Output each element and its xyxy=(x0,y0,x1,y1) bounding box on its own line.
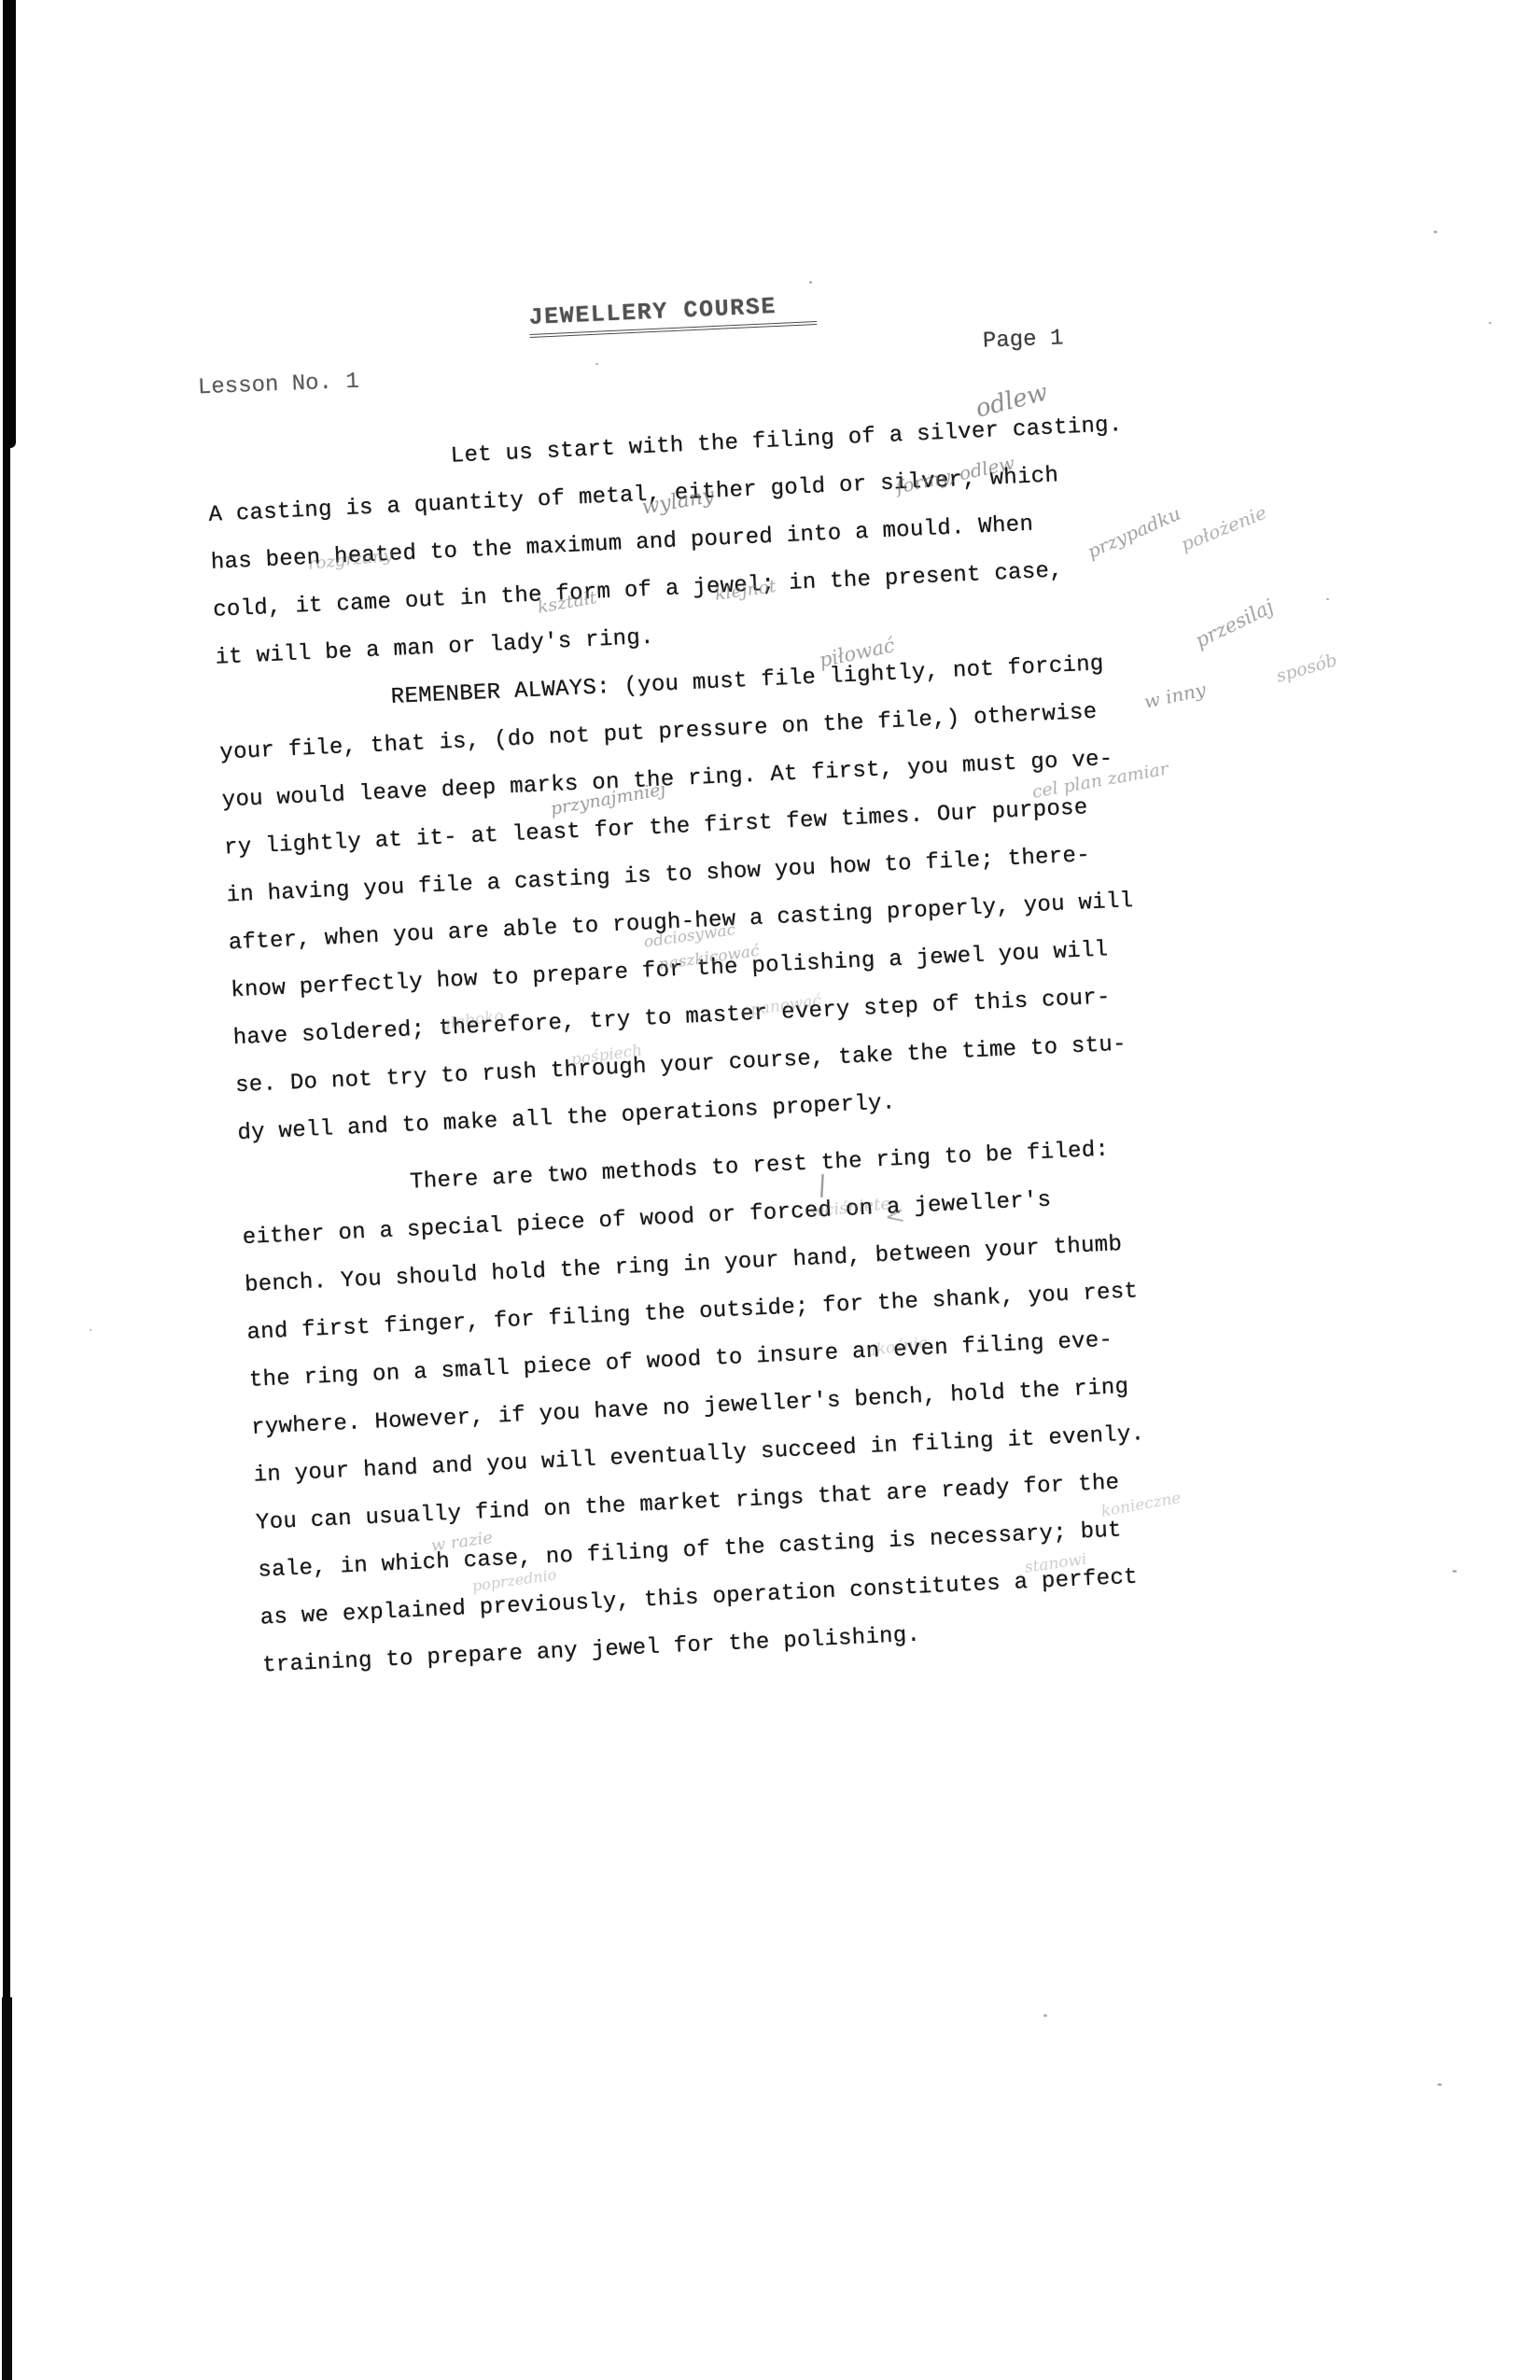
scan-edge-line-bottom xyxy=(2,1997,12,2380)
page-number: Page 1 xyxy=(983,326,1064,354)
scan-speck xyxy=(1043,2014,1047,2017)
handwritten-note: położenie xyxy=(1178,501,1270,556)
scan-speck xyxy=(1437,2083,1442,2086)
handwritten-note: < xyxy=(883,1201,907,1232)
scan-speck xyxy=(1326,598,1329,600)
scan-speck xyxy=(809,281,812,284)
scan-speck xyxy=(1489,322,1491,324)
handwritten-note: sposób xyxy=(1274,650,1339,687)
document-title: JEWELLERY COURSE xyxy=(528,291,817,338)
scan-speck xyxy=(1452,1570,1457,1573)
scanned-page: JEWELLERY COURSE Page 1 Lesson No. 1 Let… xyxy=(0,0,1540,2380)
scan-edge-line-top xyxy=(3,0,16,448)
scan-speck xyxy=(595,363,598,365)
handwritten-note: przesilaj xyxy=(1192,595,1278,652)
scan-speck xyxy=(1434,231,1437,233)
scan-speck xyxy=(90,1329,91,1331)
lesson-label: Lesson No. 1 xyxy=(198,370,360,401)
